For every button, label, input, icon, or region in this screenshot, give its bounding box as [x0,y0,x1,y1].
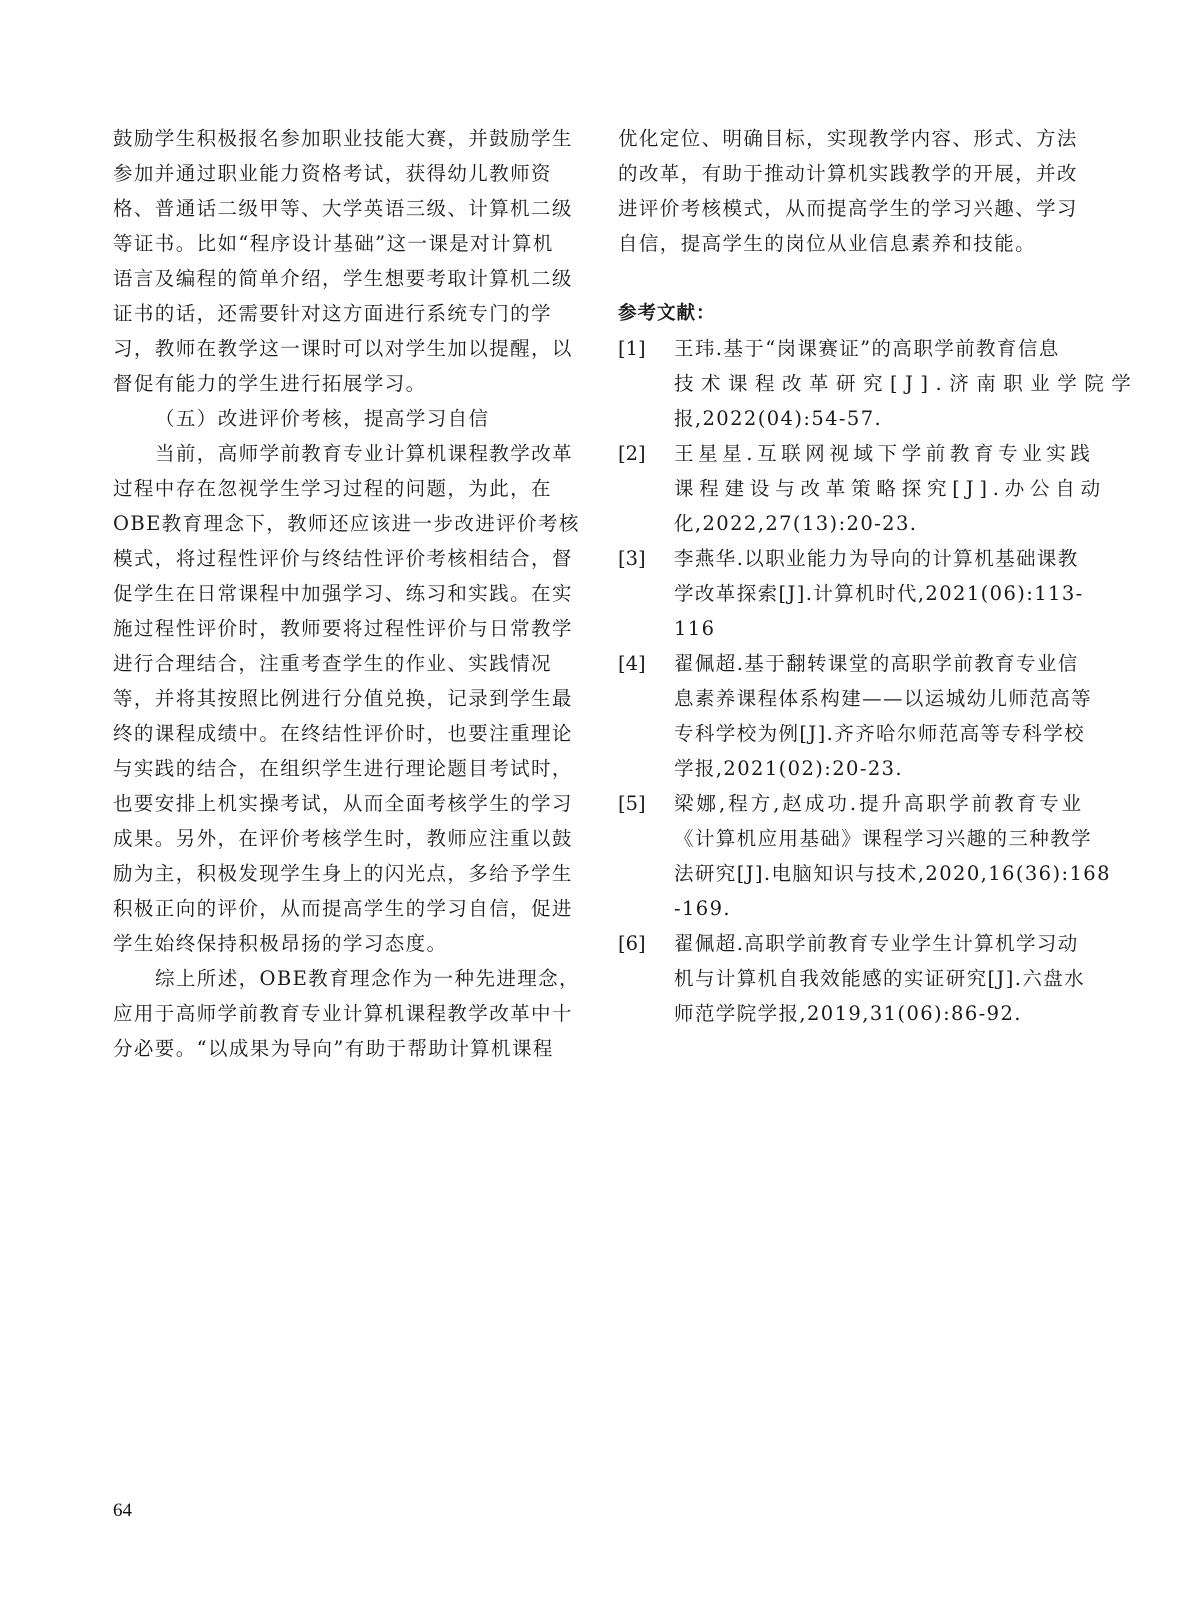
reference-line: 《计算机应用基础》课程学习兴趣的三种教学 [674,821,1080,856]
references-list: [1] 王玮.基于“岗课赛证”的高职学前教育信息 技术课程改革研究[J].济南职… [618,331,1080,1031]
reference-line: 技术课程改革研究[J].济南职业学院学 [674,366,1080,401]
text-line: 进行合理结合，注重考查学生的作业、实践情况 [113,646,575,681]
paragraph-conclusion-continued: 优化定位、明确目标，实现教学内容、形式、方法 的改革，有助于推动计算机实践教学的… [618,121,1080,261]
text-line: 也要安排上机实操考试，从而全面考核学生的学习 [113,786,575,821]
reference-number: [5] [618,786,646,821]
reference-number: [1] [618,331,646,366]
text-line: 督促有能力的学生进行拓展学习。 [113,366,575,401]
right-column: 优化定位、明确目标，实现教学内容、形式、方法 的改革，有助于推动计算机实践教学的… [618,121,1080,1031]
text-line: 自信，提高学生的岗位从业信息素养和技能。 [618,226,1080,261]
text-line: 励为主，积极发现学生身上的闪光点，多给予学生 [113,856,575,891]
reference-line: 化,2022,27(13):20-23. [674,506,1080,541]
text-line: 进评价考核模式，从而提高学生的学习兴趣、学习 [618,191,1080,226]
reference-line: 师范学院学报,2019,31(06):86-92. [674,996,1080,1031]
text-line: 与实践的结合，在组织学生进行理论题目考试时， [113,751,575,786]
paragraph-evaluation: 当前，高师学前教育专业计算机课程教学改革 过程中存在忽视学生学习过程的问题，为此… [113,436,575,961]
reference-number: [6] [618,926,646,961]
reference-line: 机与计算机自我效能感的实证研究[J].六盘水 [674,961,1080,996]
reference-line: 翟佩超.高职学前教育专业学生计算机学习动 [674,926,1080,961]
text-line: 终的课程成绩中。在终结性评价时，也要注重理论 [113,716,575,751]
text-line: 施过程性评价时，教师要将过程性评价与日常教学 [113,611,575,646]
reference-number: [3] [618,541,646,576]
reference-item: [6] 翟佩超.高职学前教育专业学生计算机学习动 机与计算机自我效能感的实证研究… [618,926,1080,1031]
text-line: 应用于高师学前教育专业计算机课程教学改革中十 [113,996,575,1031]
text-line: 语言及编程的简单介绍，学生想要考取计算机二级 [113,261,575,296]
reference-number: [4] [618,646,646,681]
reference-line: 学报,2021(02):20-23. [674,751,1080,786]
text-line: 优化定位、明确目标，实现教学内容、形式、方法 [618,121,1080,156]
text-line: 参加并通过职业能力资格考试，获得幼儿教师资 [113,156,575,191]
paragraph-conclusion: 综上所述，OBE教育理念作为一种先进理念， 应用于高师学前教育专业计算机课程教学… [113,961,575,1066]
text-line: 积极正向的评价，从而提高学生的学习自信，促进 [113,891,575,926]
page-number: 64 [113,1500,132,1522]
text-line: 分必要。“以成果为导向”有助于帮助计算机课程 [113,1031,575,1066]
text-line: 鼓励学生积极报名参加职业技能大赛，并鼓励学生 [113,121,575,156]
text-line: 习，教师在教学这一课时可以对学生加以提醒，以 [113,331,575,366]
text-line: OBE教育理念下，教师还应该进一步改进评价考核 [113,506,575,541]
paragraph-continued: 鼓励学生积极报名参加职业技能大赛，并鼓励学生 参加并通过职业能力资格考试，获得幼… [113,121,575,401]
reference-number: [2] [618,436,646,471]
text-line: 证书的话，还需要针对这方面进行系统专门的学 [113,296,575,331]
reference-line: 王星星.互联网视域下学前教育专业实践 [674,436,1080,471]
reference-item: [5] 梁娜,程方,赵成功.提升高职学前教育专业 《计算机应用基础》课程学习兴趣… [618,786,1080,926]
reference-item: [4] 翟佩超.基于翻转课堂的高职学前教育专业信 息素养课程体系构建——以运城幼… [618,646,1080,786]
text-line: 等证书。比如“程序设计基础”这一课是对计算机 [113,226,575,261]
text-line: 综上所述，OBE教育理念作为一种先进理念， [113,961,575,996]
text-line: 的改革，有助于推动计算机实践教学的开展，并改 [618,156,1080,191]
text-line: 促学生在日常课程中加强学习、练习和实践。在实 [113,576,575,611]
reference-item: [2] 王星星.互联网视域下学前教育专业实践 课程建设与改革策略探究[J].办公… [618,436,1080,541]
reference-line: 法研究[J].电脑知识与技术,2020,16(36):168 [674,856,1080,891]
reference-item: [1] 王玮.基于“岗课赛证”的高职学前教育信息 技术课程改革研究[J].济南职… [618,331,1080,436]
text-line: 当前，高师学前教育专业计算机课程教学改革 [113,436,575,471]
reference-line: 梁娜,程方,赵成功.提升高职学前教育专业 [674,786,1080,821]
reference-line: 李燕华.以职业能力为导向的计算机基础课教 [674,541,1080,576]
left-column: 鼓励学生积极报名参加职业技能大赛，并鼓励学生 参加并通过职业能力资格考试，获得幼… [113,121,575,1066]
reference-line: 息素养课程体系构建——以运城幼儿师范高等 [674,681,1080,716]
text-line: 等，并将其按照比例进行分值兑换，记录到学生最 [113,681,575,716]
reference-line: 翟佩超.基于翻转课堂的高职学前教育专业信 [674,646,1080,681]
reference-line: -169. [674,891,1080,926]
reference-line: 学改革探索[J].计算机时代,2021(06):113- [674,576,1080,611]
reference-line: 课程建设与改革策略探究[J].办公自动 [674,471,1080,506]
text-line: 过程中存在忽视学生学习过程的问题，为此，在 [113,471,575,506]
text-line: 模式，将过程性评价与终结性评价考核相结合，督 [113,541,575,576]
text-line: 学生始终保持积极昂扬的学习态度。 [113,926,575,961]
reference-item: [3] 李燕华.以职业能力为导向的计算机基础课教 学改革探索[J].计算机时代,… [618,541,1080,646]
text-line: 成果。另外，在评价考核学生时，教师应注重以鼓 [113,821,575,856]
reference-line: 116 [674,611,1080,646]
reference-line: 报,2022(04):54-57. [674,401,1080,436]
reference-line: 王玮.基于“岗课赛证”的高职学前教育信息 [674,331,1080,366]
text-line: 格、普通话二级甲等、大学英语三级、计算机二级 [113,191,575,226]
references-heading: 参考文献： [618,296,1080,331]
reference-line: 专科学校为例[J].齐齐哈尔师范高等专科学校 [674,716,1080,751]
section-heading: （五）改进评价考核，提高学习自信 [113,401,575,436]
